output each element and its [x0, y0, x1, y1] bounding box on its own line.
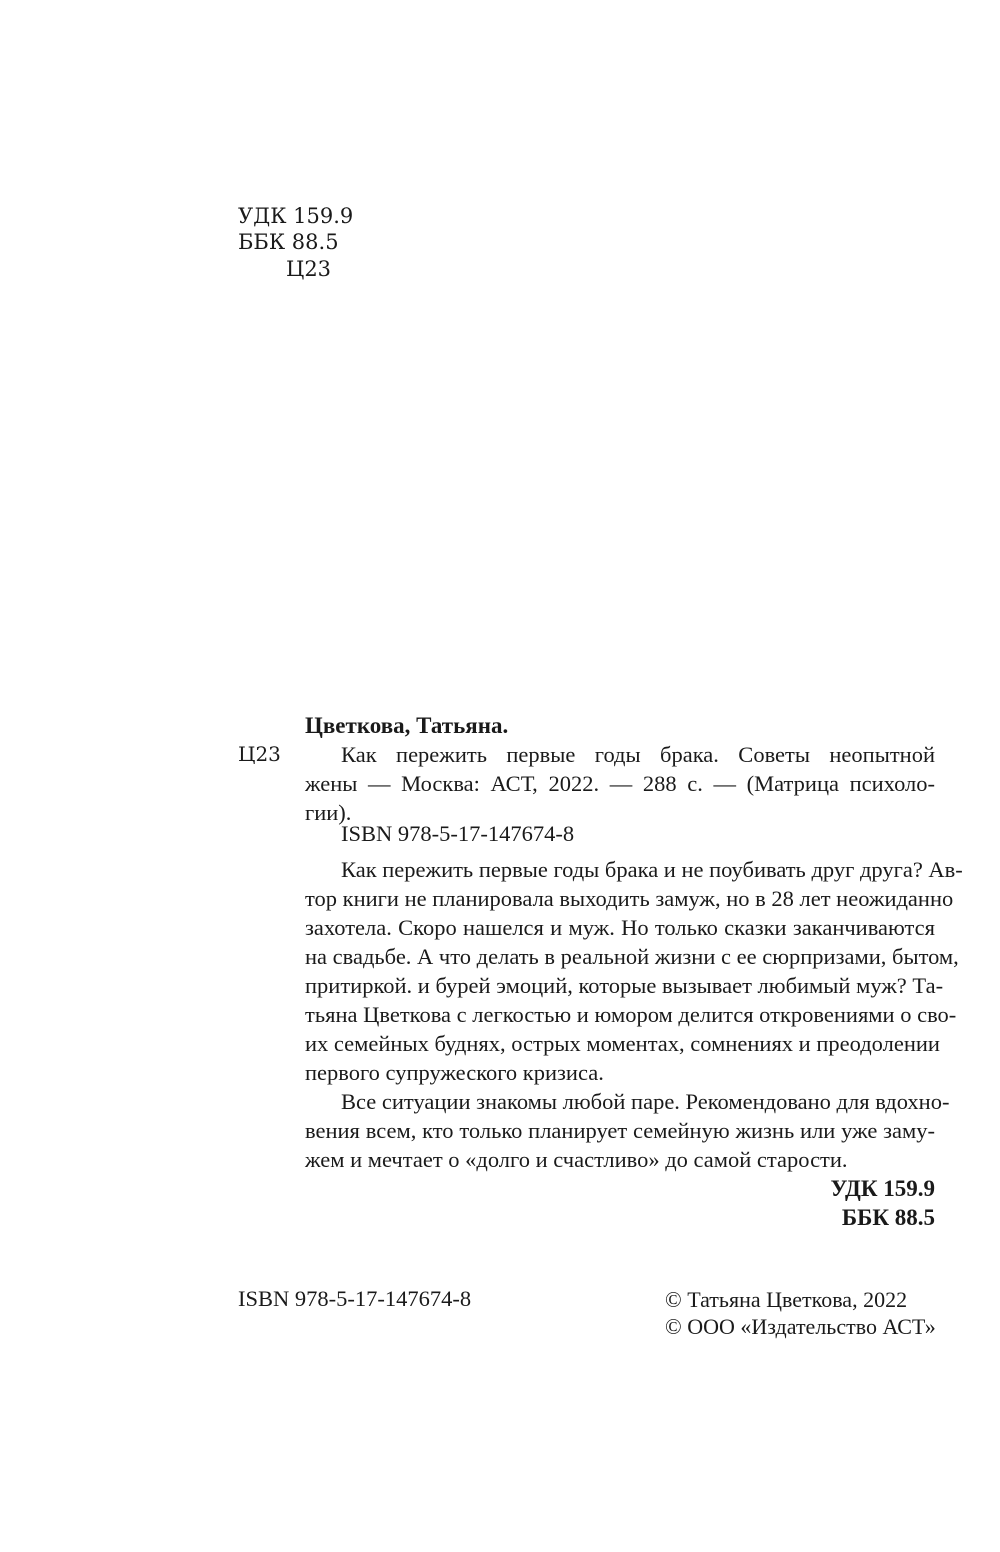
annotation-line: жем и мечтает о «долго и счастливо» до с…	[305, 1145, 935, 1174]
annotation-line: их семейных буднях, острых моментах, сом…	[305, 1029, 935, 1058]
annotation-paragraph-2: Все ситуации знакомы любой паре. Рекомен…	[305, 1087, 935, 1174]
imprint-page: УДК 159.9 ББК 88.5 Ц23 Цветкова, Татьяна…	[0, 0, 1000, 1552]
annotation-line: Как пережить первые годы брака и не поуб…	[305, 855, 935, 884]
annotation-line: тор книги не планировала выходить замуж,…	[305, 884, 935, 913]
annotation-line: тьяна Цветкова с легкостью и юмором дели…	[305, 1000, 935, 1029]
footer-isbn: ISBN 978-5-17-147674-8	[238, 1284, 471, 1313]
bib-line: Как пережить первые годы брака. Советы н…	[305, 740, 935, 769]
annotation-line: первого супружеского кризиса.	[305, 1058, 935, 1087]
catalog-author: Цветкова, Татьяна.	[305, 711, 508, 740]
annotation-line: захотела. Скоро нашелся и муж. Но только…	[305, 913, 935, 942]
annotation-line: притиркой. и бурей эмоций, которые вызыв…	[305, 971, 935, 1000]
author-mark-top: Ц23	[286, 256, 331, 282]
bibliographic-description: Как пережить первые годы брака. Советы н…	[305, 740, 935, 827]
catalog-call-number: Ц23	[238, 740, 281, 769]
udk-code-top: УДК 159.9	[238, 203, 353, 229]
annotation-line: вения всем, кто только планирует семейну…	[305, 1116, 935, 1145]
copyright-author: © Татьяна Цветкова, 2022	[665, 1286, 907, 1314]
copyright-publisher: © ООО «Издательство АСТ»	[665, 1313, 936, 1341]
annotation-line: Все ситуации знакомы любой паре. Рекомен…	[305, 1087, 935, 1116]
annotation-line: на свадьбе. А что делать в реальной жизн…	[305, 942, 935, 971]
bbk-code-card: ББК 88.5	[842, 1203, 935, 1232]
bib-line: жены — Москва: АСТ, 2022. — 288 с. — (Ма…	[305, 769, 935, 798]
udk-code-card: УДК 159.9	[830, 1174, 935, 1203]
bbk-code-top: ББК 88.5	[238, 229, 339, 255]
catalog-isbn: ISBN 978-5-17-147674-8	[341, 819, 574, 848]
annotation-paragraph-1: Как пережить первые годы брака и не поуб…	[305, 855, 935, 1087]
